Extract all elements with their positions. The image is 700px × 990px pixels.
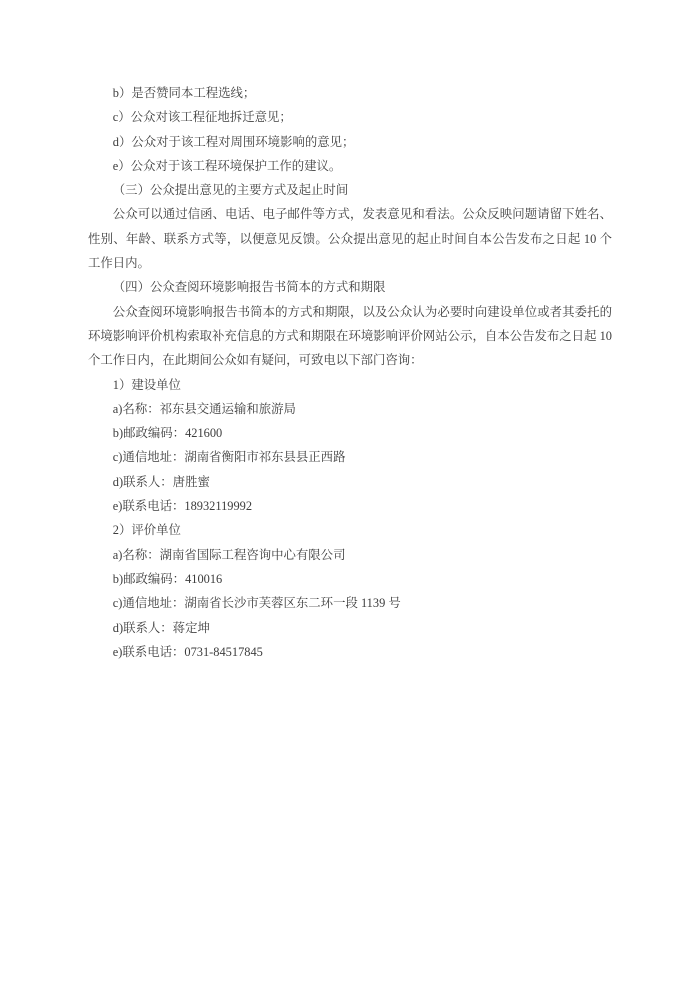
list-item-eu-contact: d)联系人：蒋定坤 bbox=[88, 616, 612, 640]
list-item-cu-postcode: b)邮政编码：421600 bbox=[88, 421, 612, 445]
list-item-cu-contact: d)联系人：唐胜蜜 bbox=[88, 470, 612, 494]
list-item-cu-phone: e)联系电话：18932119992 bbox=[88, 494, 612, 518]
list-item-eu-address: c)通信地址：湖南省长沙市芙蓉区东二环一段 1139 号 bbox=[88, 591, 612, 615]
section-heading-3: （三）公众提出意见的主要方式及起止时间 bbox=[88, 178, 612, 202]
paragraph-opinion-methods: 公众可以通过信函、电话、电子邮件等方式，发表意见和看法。公众反映问题请留下姓名、… bbox=[88, 202, 612, 275]
list-item-construction-unit: 1）建设单位 bbox=[88, 373, 612, 397]
document-body: b）是否赞同本工程选线； c）公众对该工程征地拆迁意见； d）公众对于该工程对周… bbox=[88, 81, 612, 664]
list-item-evaluation-unit: 2）评价单位 bbox=[88, 518, 612, 542]
section-heading-4: （四）公众查阅环境影响报告书简本的方式和期限 bbox=[88, 275, 612, 299]
list-item-env-impact-opinion: d）公众对于该工程对周围环境影响的意见； bbox=[88, 130, 612, 154]
list-item-cu-address: c)通信地址：湖南省衡阳市祁东县县正西路 bbox=[88, 445, 612, 469]
paragraph-report-access: 公众查阅环境影响报告书简本的方式和期限，以及公众认为必要时向建设单位或者其委托的… bbox=[88, 300, 612, 373]
list-item-eu-name: a)名称：湖南省国际工程咨询中心有限公司 bbox=[88, 543, 612, 567]
list-item-eu-phone: e)联系电话：0731-84517845 bbox=[88, 640, 612, 664]
list-item-agree-route: b）是否赞同本工程选线； bbox=[88, 81, 612, 105]
list-item-eu-postcode: b)邮政编码：410016 bbox=[88, 567, 612, 591]
list-item-cu-name: a)名称：祁东县交通运输和旅游局 bbox=[88, 397, 612, 421]
document-page: b）是否赞同本工程选线； c）公众对该工程征地拆迁意见； d）公众对于该工程对周… bbox=[0, 0, 700, 990]
list-item-env-protection: e）公众对于该工程环境保护工作的建议。 bbox=[88, 154, 612, 178]
list-item-land-requisition: c）公众对该工程征地拆迁意见； bbox=[88, 105, 612, 129]
